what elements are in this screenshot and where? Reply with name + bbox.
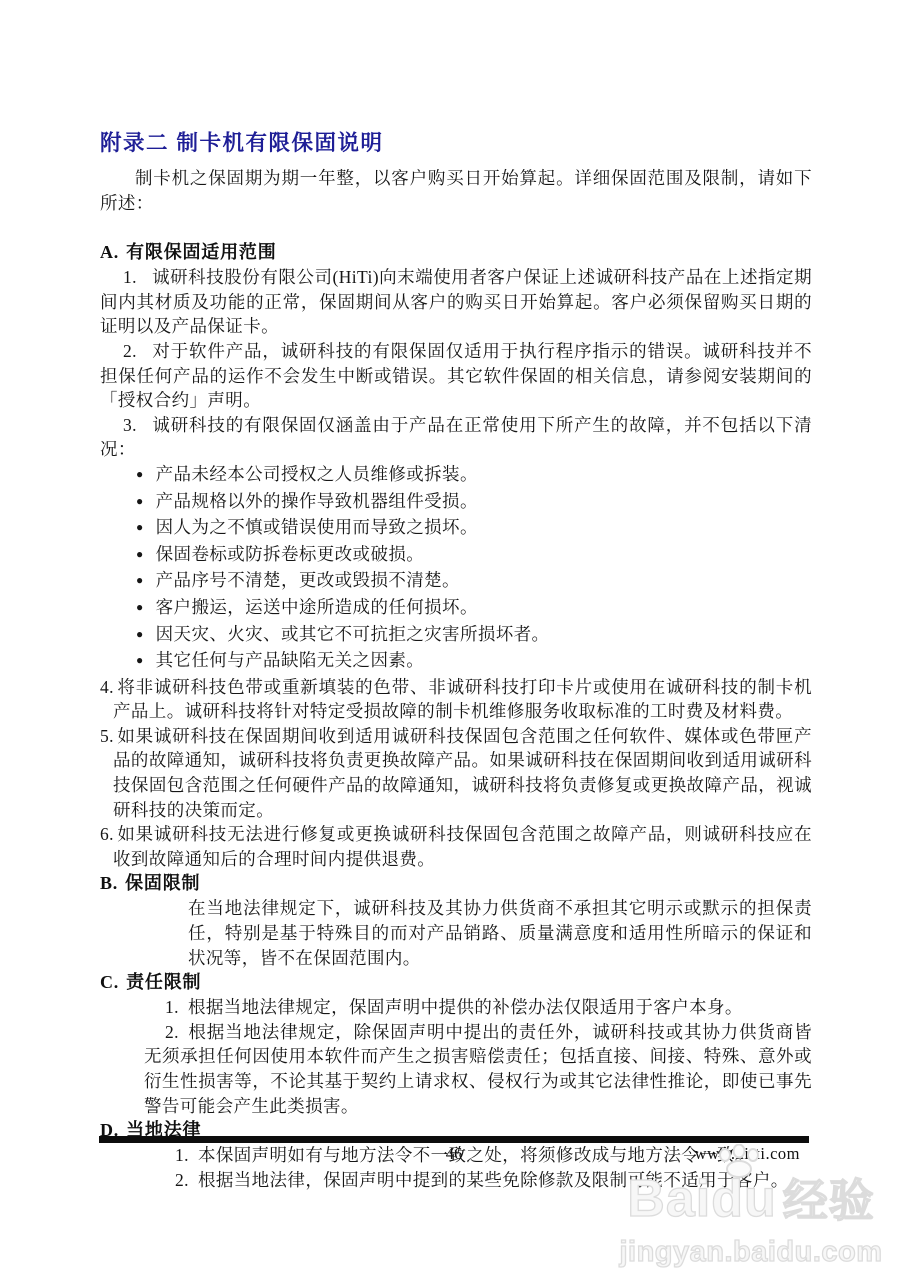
warranty-clause-5: 5.如果诚研科技在保固期间收到适用诚研科技保固包含范围之任何软件、媒体或色带匣产…	[100, 724, 812, 822]
section-b-label: B.	[100, 873, 118, 893]
bullet-icon: ●	[136, 648, 144, 673]
clause-number: 1.	[123, 267, 137, 287]
watermark-url: jingyan.baidu.com	[598, 1234, 904, 1270]
warranty-clause-6: 6.如果诚研科技无法进行修复或更换诚研科技保固包含范围之故障产品，则诚研科技应在…	[100, 822, 812, 871]
clause-number: 6.	[100, 824, 114, 844]
section-b-title: 保固限制	[125, 873, 200, 893]
bullet-icon: ●	[136, 515, 144, 540]
bullet-icon: ●	[136, 489, 144, 514]
clause-number: 5.	[100, 726, 114, 746]
clause-number: 3.	[123, 415, 137, 435]
clause-text: 根据当地法律，保固声明中提到的某些免除修款及限制可能不适用于客户。	[198, 1170, 789, 1190]
exclusion-text: 产品未经本公司授权之人员维修或拆装。	[156, 464, 478, 484]
page-footer: 46 www.hi-ti.com	[99, 1136, 809, 1167]
exclusion-item: ●产品序号不清楚，更改或毁损不清楚。	[136, 568, 812, 595]
clause-number: 2.	[123, 341, 137, 361]
exclusion-item: ●因天灾、火灾、或其它不可抗拒之灾害所损坏者。	[136, 622, 812, 649]
section-a-heading: A.有限保固适用范围	[100, 240, 812, 265]
exclusion-text: 因人为之不慎或错误使用而导致之损坏。	[156, 517, 478, 537]
section-c-label: C.	[100, 972, 119, 992]
intro-paragraph: 制卡机之保固期为期一年整，以客户购买日开始算起。详细保固范围及限制，请如下所述：	[100, 166, 812, 215]
exclusion-text: 其它任何与产品缺陷无关之因素。	[156, 650, 425, 670]
footer-rule	[99, 1136, 809, 1143]
warranty-clause-2: 2.对于软件产品，诚研科技的有限保固仅适用于执行程序指示的错误。诚研科技并不担保…	[100, 339, 812, 413]
exclusion-item: ●产品未经本公司授权之人员维修或拆装。	[136, 462, 812, 489]
warranty-clause-3: 3.诚研科技的有限保固仅涵盖由于产品在正常使用下所产生的故障，并不包括以下清况：	[100, 413, 812, 462]
website-text: www.hi-ti.com	[695, 1144, 800, 1164]
clause-text: 将非诚研科技色带或重新填装的色带、非诚研科技打印卡片或使用在诚研科技的制卡机产品…	[113, 677, 812, 722]
limitation-paragraph: 在当地法律规定下，诚研科技及其协力供货商不承担其它明示或默示的担保责任，特别是基…	[188, 896, 812, 970]
bullet-icon: ●	[136, 568, 144, 593]
exclusion-text: 产品序号不清楚，更改或毁损不清楚。	[156, 570, 460, 590]
page-number: 46	[446, 1144, 463, 1164]
warranty-clause-1: 1.诚研科技股份有限公司(HiTi)向末端使用者客户保证上述诚研科技产品在上述指…	[100, 265, 812, 339]
bullet-icon: ●	[136, 462, 144, 487]
clause-number: 2.	[165, 1022, 179, 1042]
liability-clause-2: 2.根据当地法律规定，除保固声明中提出的责任外，诚研科技或其协力供货商皆无须承担…	[144, 1020, 812, 1118]
exclusion-text: 因天灾、火灾、或其它不可抗拒之灾害所损坏者。	[156, 624, 550, 644]
exclusion-text: 保固卷标或防拆卷标更改或破损。	[156, 544, 425, 564]
exclusion-item: ●保固卷标或防拆卷标更改或破损。	[136, 542, 812, 569]
exclusion-text: 产品规格以外的操作导致机器组件受损。	[156, 491, 478, 511]
clause-text: 诚研科技的有限保固仅涵盖由于产品在正常使用下所产生的故障，并不包括以下清况：	[100, 415, 812, 460]
section-b-heading: B.保固限制	[100, 871, 812, 896]
clause-text: 根据当地法律规定，除保固声明中提出的责任外，诚研科技或其协力供货商皆无须承担任何…	[144, 1022, 812, 1116]
section-a-title: 有限保固适用范围	[126, 242, 276, 262]
clause-text: 诚研科技股份有限公司(HiTi)向末端使用者客户保证上述诚研科技产品在上述指定期…	[100, 267, 812, 336]
clause-number: 4.	[100, 677, 114, 697]
exclusion-item: ●其它任何与产品缺陷无关之因素。	[136, 648, 812, 675]
exclusion-text: 客户搬运，运送中途所造成的任何损坏。	[156, 597, 478, 617]
clause-number: 1.	[165, 997, 179, 1017]
clause-number: 2.	[175, 1170, 189, 1190]
section-b: B.保固限制 在当地法律规定下，诚研科技及其协力供货商不承担其它明示或默示的担保…	[100, 871, 812, 970]
section-c-title: 责任限制	[126, 972, 201, 992]
footer-row: 46 www.hi-ti.com	[99, 1143, 809, 1167]
exclusion-item: ●因人为之不慎或错误使用而导致之损坏。	[136, 515, 812, 542]
document-page: 附录二 制卡机有限保固说明 制卡机之保固期为期一年整，以客户购买日开始算起。详细…	[0, 0, 904, 1280]
bullet-icon: ●	[136, 595, 144, 620]
section-c-heading: C.责任限制	[100, 970, 812, 995]
exclusion-item: ●客户搬运，运送中途所造成的任何损坏。	[136, 595, 812, 622]
section-c: C.责任限制 1.根据当地法律规定，保固声明中提供的补偿办法仅限适用于客户本身。…	[100, 970, 812, 1118]
clause-text: 如果诚研科技在保固期间收到适用诚研科技保固包含范围之任何软件、媒体或色带匣产品的…	[113, 726, 812, 820]
liability-clause-1: 1.根据当地法律规定，保固声明中提供的补偿办法仅限适用于客户本身。	[144, 995, 812, 1020]
section-a-label: A.	[100, 242, 119, 262]
clause-text: 对于软件产品，诚研科技的有限保固仅适用于执行程序指示的错误。诚研科技并不担保任何…	[100, 341, 812, 410]
document-content: 附录二 制卡机有限保固说明 制卡机之保固期为期一年整，以客户购买日开始算起。详细…	[100, 130, 812, 1192]
bullet-icon: ●	[136, 622, 144, 647]
page-title: 附录二 制卡机有限保固说明	[100, 130, 812, 157]
bullet-icon: ●	[136, 542, 144, 567]
warranty-clause-4: 4.将非诚研科技色带或重新填装的色带、非诚研科技打印卡片或使用在诚研科技的制卡机…	[100, 675, 812, 724]
clause-text: 如果诚研科技无法进行修复或更换诚研科技保固包含范围之故障产品，则诚研科技应在收到…	[113, 824, 812, 869]
clause-text: 根据当地法律规定，保固声明中提供的补偿办法仅限适用于客户本身。	[188, 997, 743, 1017]
section-a: A.有限保固适用范围 1.诚研科技股份有限公司(HiTi)向末端使用者客户保证上…	[100, 240, 812, 871]
exclusion-item: ●产品规格以外的操作导致机器组件受损。	[136, 489, 812, 516]
local-law-clause-2: 2.根据当地法律，保固声明中提到的某些免除修款及限制可能不适用于客户。	[166, 1168, 812, 1193]
